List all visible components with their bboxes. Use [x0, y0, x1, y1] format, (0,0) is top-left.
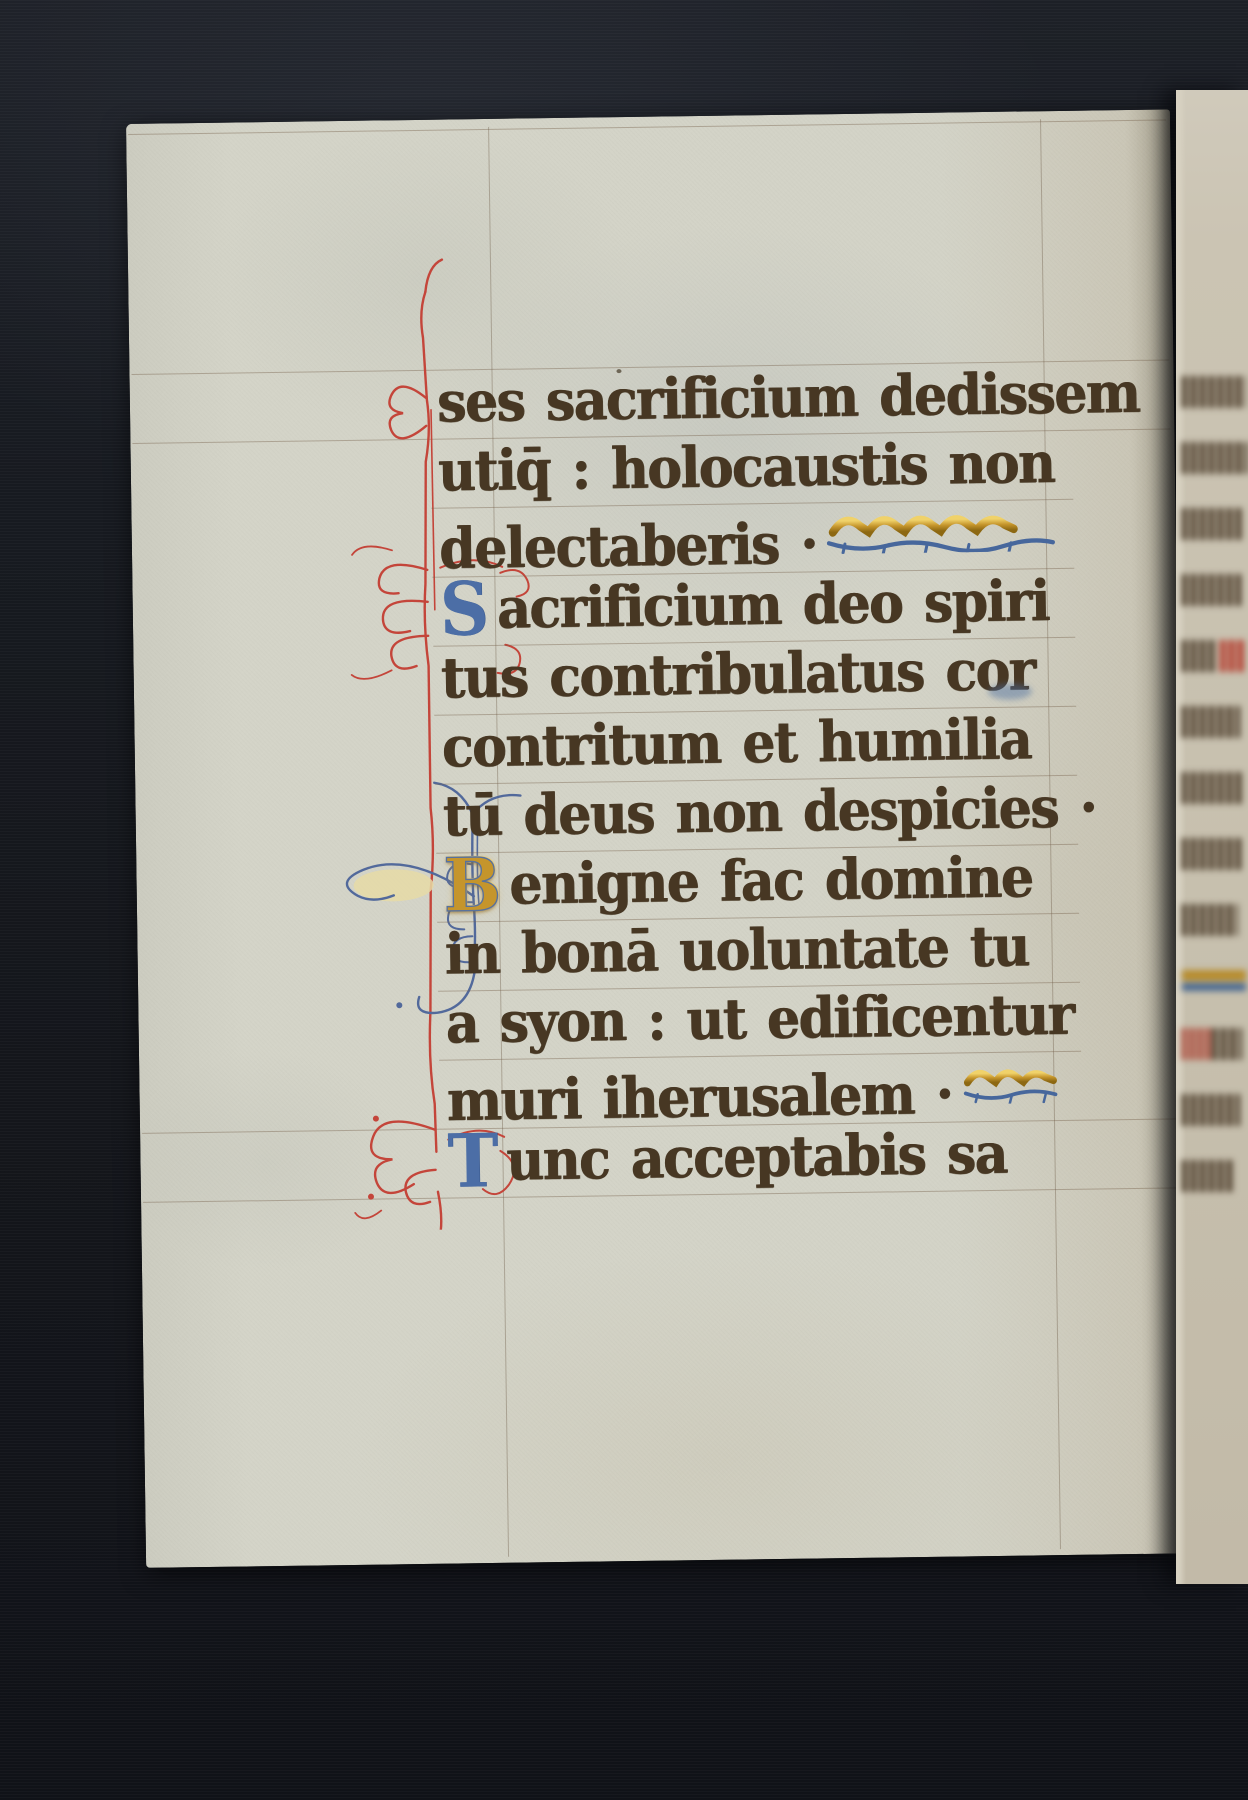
text-line-content: in bonā uoluntate tu [444, 913, 1029, 987]
text-line-content: enigne fac domine [509, 844, 1033, 917]
facing-page-text-line [1182, 904, 1238, 936]
text-line-content: contritum et humilia [441, 706, 1031, 780]
illuminated-initial-B: B [443, 854, 501, 917]
text-line-content: ses sacrificium dedissem [436, 360, 1139, 436]
text-line-content: acrificium deo spiri [496, 568, 1049, 642]
facing-page [1176, 90, 1248, 1584]
facing-page-text-line [1182, 970, 1246, 994]
facing-page-lines [1176, 90, 1248, 1584]
text-line-content: unc acceptabis sa [506, 1121, 1007, 1194]
facing-page-text-line [1182, 706, 1240, 738]
illuminated-initial-T: T [447, 1130, 498, 1193]
text-line-content: utiq̄ : holocaustis non [437, 430, 1054, 504]
facing-page-text-line [1182, 442, 1248, 474]
ruling-line [128, 119, 1166, 134]
ink-speck [979, 872, 984, 876]
illuminated-initial-S: S [439, 578, 489, 641]
manuscript-page: ses sacrificium dedissem utiq̄ : holocau… [126, 109, 1190, 1567]
facing-page-text-line [1182, 574, 1242, 606]
facing-page-text-line [1182, 772, 1244, 804]
facing-page-text-line [1182, 1160, 1234, 1192]
gold-line-filler-icon [826, 499, 1057, 569]
gold-line-filler-small-icon [962, 1051, 1078, 1120]
ink-speck [616, 369, 621, 373]
text-line-content: a syon : ut edificentur [445, 982, 1074, 1057]
facing-page-text-line [1182, 1094, 1240, 1126]
facing-page-text-line [1182, 508, 1244, 540]
facing-page-text-line [1182, 640, 1246, 672]
text-line-content: tū deus non despicies · [442, 775, 1096, 850]
facing-page-text-line [1182, 376, 1246, 408]
text-line-content: tus contribulatus cor [440, 637, 1034, 711]
facing-page-text-line [1182, 1028, 1242, 1060]
manuscript-photo: ses sacrificium dedissem utiq̄ : holocau… [0, 0, 1248, 1800]
facing-page-text-line [1182, 838, 1242, 870]
text-line: Tunc acceptabis sa [447, 1119, 1108, 1203]
